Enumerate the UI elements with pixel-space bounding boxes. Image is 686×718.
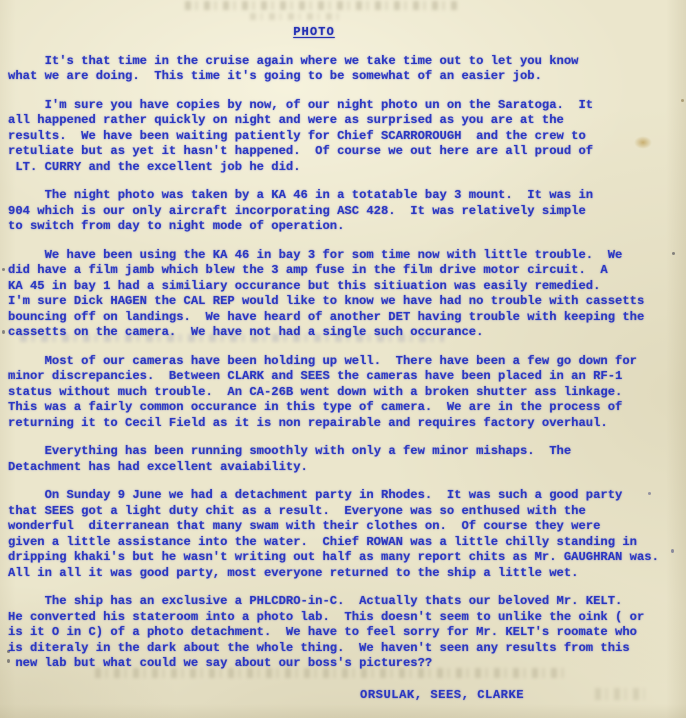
paragraph: The night photo was taken by a KA 46 in … [8,188,682,235]
paragraph: Most of our cameras have been holding up… [8,354,682,432]
document-page: PHOTO It's that time in the cruise again… [0,0,686,718]
paragraph: Everything has been running smoothly wit… [8,444,682,475]
document-title: PHOTO [8,25,620,41]
ink-speck [2,268,5,271]
ink-speck [2,330,5,334]
paragraph: The ship has an exclusive a PHLCDRO-in-C… [8,594,682,672]
paragraph: It's that time in the cruise again where… [8,54,682,85]
paragraph: On Sunday 9 June we had a detachment par… [8,488,682,581]
paragraph: We have been using the KA 46 in bay 3 fo… [8,248,682,341]
signature-line: ORSULAK, SEES, CLARKE [360,688,682,704]
document-body: It's that time in the cruise again where… [8,54,682,672]
bleedthrough-mark-top [185,1,457,10]
typewritten-content: PHOTO It's that time in the cruise again… [8,25,682,703]
paragraph: I'm sure you have copies by now, of our … [8,98,682,176]
bleedthrough-mark-top-2 [250,13,342,20]
